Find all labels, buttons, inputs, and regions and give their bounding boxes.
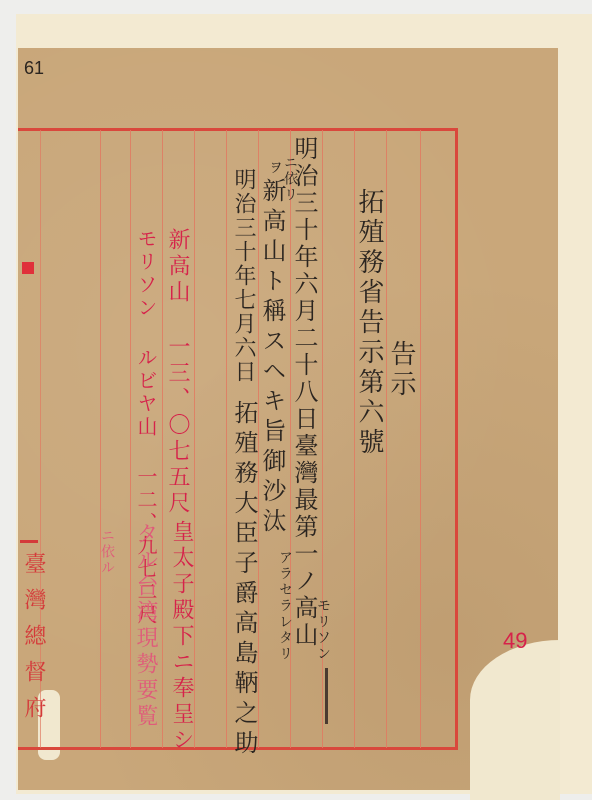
column-rule (194, 130, 195, 748)
body-line-2: 新高山ト稱スヘキ旨御沙汰 (260, 178, 284, 538)
ministry-heading: 拓殖務省告示第六號 (356, 188, 382, 458)
sideline-mark (325, 668, 328, 724)
column-rule (420, 130, 421, 748)
page-number-bottom: 49 (503, 628, 527, 654)
red-corner-mark (22, 262, 34, 274)
archive-stamp: 臺灣總督府 (18, 552, 49, 732)
body-line-2-prefix: ヲ (268, 160, 282, 176)
pink-annotation-1: タル台湾現勢要覧 (134, 522, 156, 730)
page-number-top: 61 (24, 58, 44, 79)
notice-heading: 告示 (388, 340, 414, 400)
body-line-1-ruby: モリソン (316, 598, 330, 662)
column-rule (162, 130, 163, 748)
column-rule (130, 130, 131, 748)
body-line-1: 明治三十年六月二十八日臺灣最第一ノ高山 (292, 136, 316, 649)
red-annotation-1: 新高山 一三、〇七五尺 (166, 228, 188, 517)
body-line-2-ruby: アラセラレタリ (278, 550, 292, 662)
pink-annotation-2: ニ依ル (100, 528, 114, 576)
column-rule (386, 130, 387, 748)
signature: 拓殖務大臣子爵高島鞆之助 (232, 400, 256, 760)
red-annotation-3: 皇太子殿下ニ奉呈シ (170, 520, 192, 754)
column-rule (226, 130, 227, 748)
column-rule (100, 130, 101, 748)
stamp-bar (20, 540, 38, 543)
date-line: 明治三十年七月六日 (232, 168, 254, 384)
